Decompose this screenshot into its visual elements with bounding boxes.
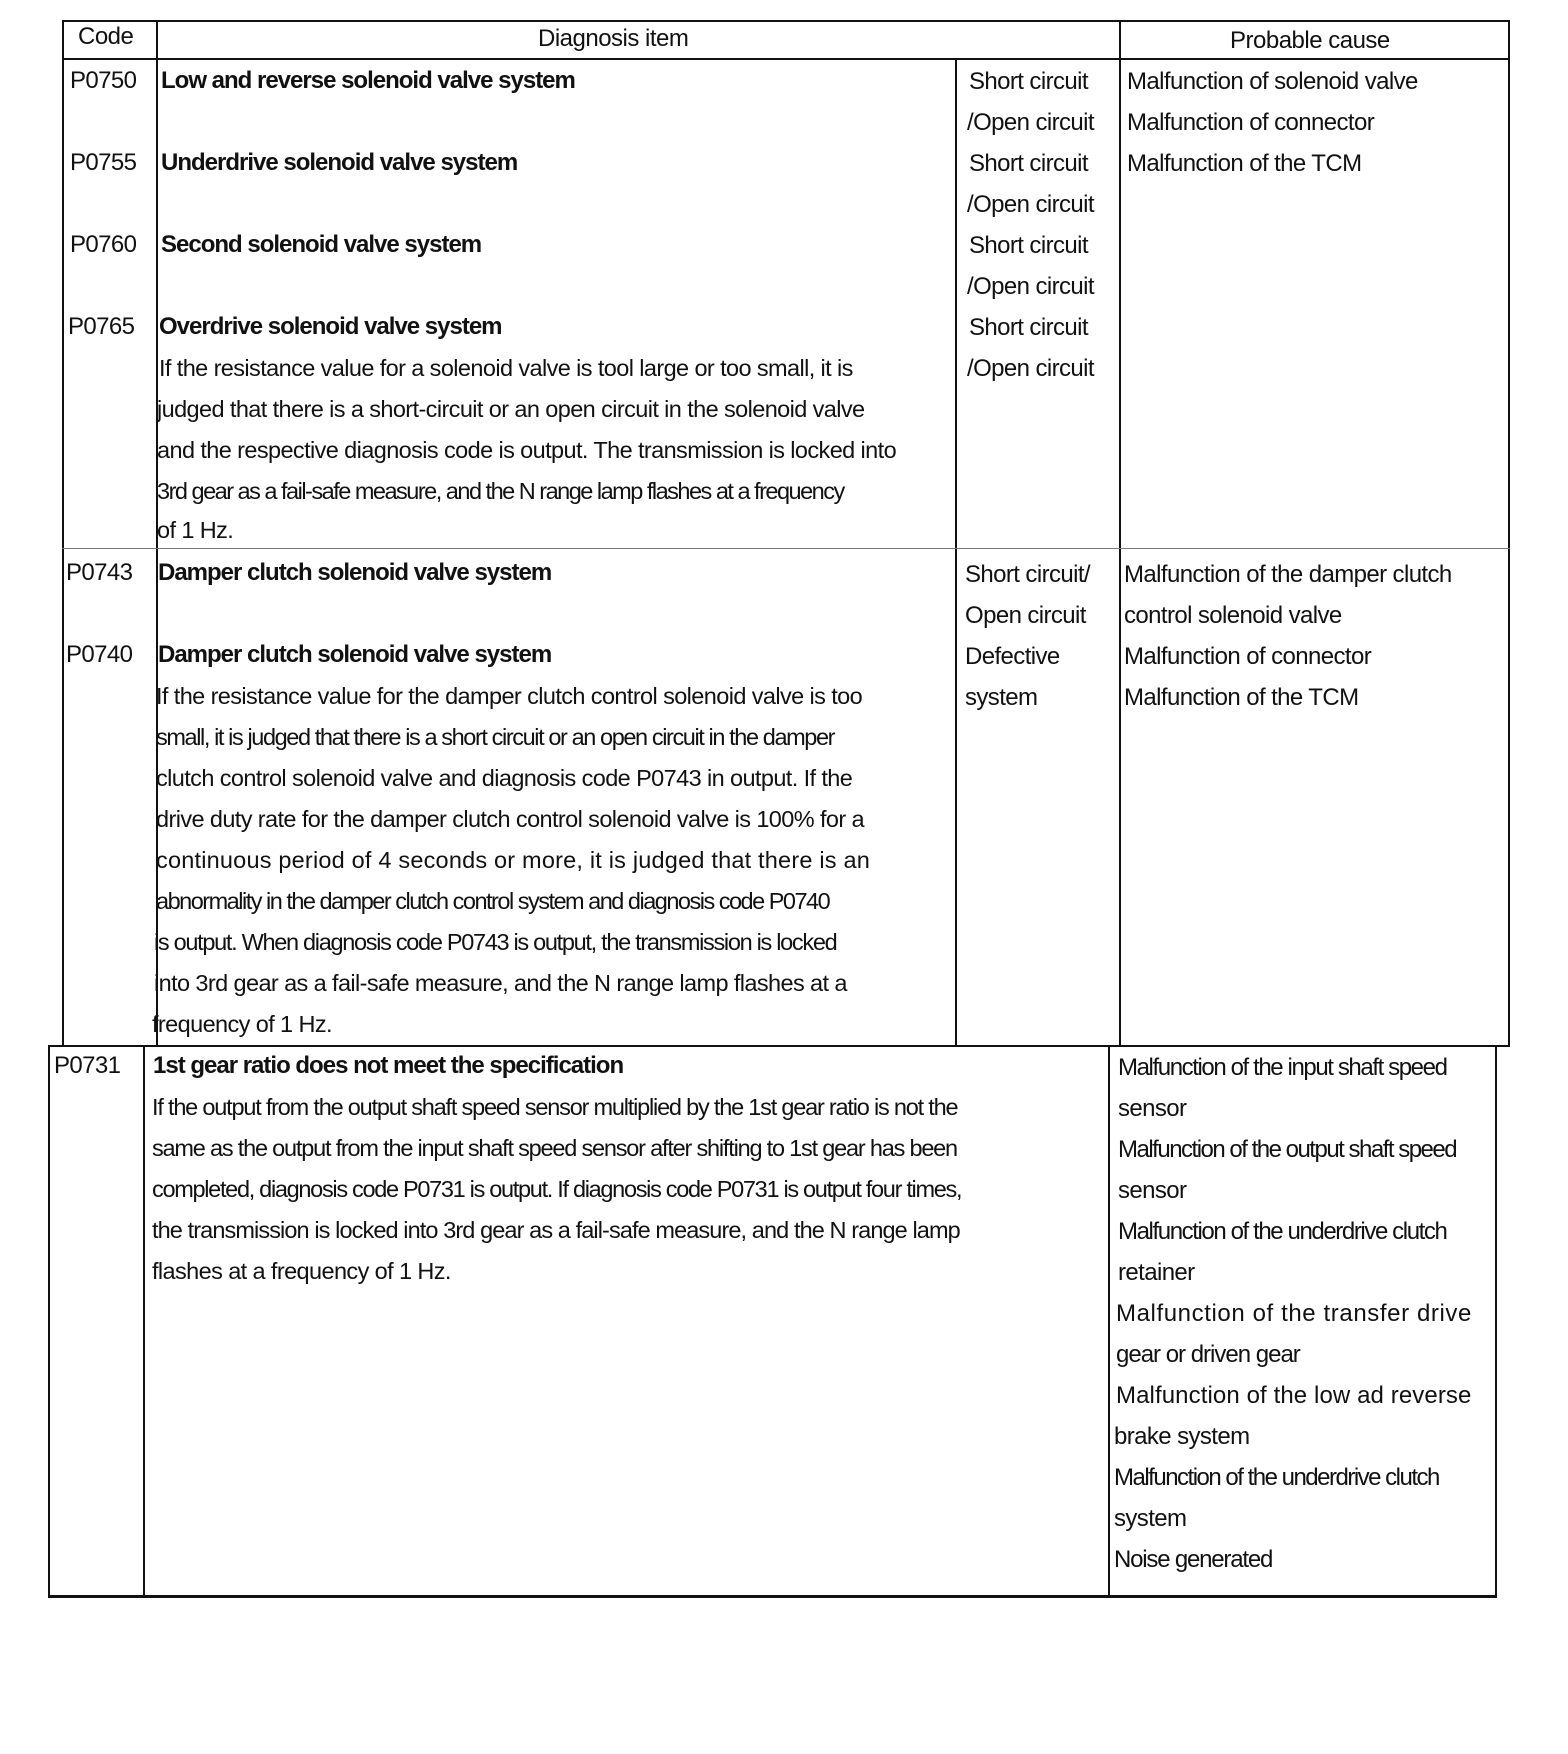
condition-text: /Open circuit (967, 272, 1094, 302)
description-line: judged that there is a short-circuit or … (157, 394, 865, 424)
description-line: and the respective diagnosis code is out… (157, 435, 896, 465)
description-line: 3rd gear as a fail-safe measure, and the… (157, 476, 844, 506)
header-divider (62, 58, 1510, 60)
code-cell: P0750 (70, 66, 136, 96)
condition-text: /Open circuit (967, 354, 1094, 384)
diagnosis-title: Underdrive solenoid valve system (161, 148, 517, 178)
group-3-top-border (48, 1045, 1510, 1047)
condition-text: Open circuit (965, 601, 1086, 631)
condition-column-divider (955, 58, 957, 1046)
table-right-border-lower (1495, 1045, 1497, 1597)
probable-cause-item: sensor (1118, 1176, 1186, 1206)
diagnosis-title: Damper clutch solenoid valve system (158, 640, 551, 670)
header-code: Code (78, 22, 133, 52)
table-right-border (1508, 20, 1510, 1046)
diagnosis-title: Damper clutch solenoid valve system (158, 558, 551, 588)
probable-cause-item: Malfunction of connector (1127, 108, 1374, 138)
description-line: is output. When diagnosis code P0743 is … (154, 927, 836, 957)
description-line: into 3rd gear as a fail-safe measure, an… (154, 968, 847, 998)
code-cell: P0731 (54, 1051, 120, 1081)
probable-cause-item: Malfunction of connector (1124, 642, 1371, 672)
description-line: same as the output from the input shaft … (152, 1133, 957, 1163)
description-line: continuous period of 4 seconds or more, … (156, 845, 870, 875)
description-line: the transmission is locked into 3rd gear… (152, 1215, 960, 1245)
diagnosis-title: Overdrive solenoid valve system (159, 312, 502, 342)
condition-text: Defective (965, 642, 1060, 672)
description-line: If the resistance value for the damper c… (156, 681, 862, 711)
condition-text: /Open circuit (967, 190, 1094, 220)
description-line: completed, diagnosis code P0731 is outpu… (152, 1174, 961, 1204)
probable-cause-item: Malfunction of the damper clutch (1124, 560, 1452, 590)
condition-text: Short circuit/ (965, 560, 1090, 590)
probable-cause-item: Malfunction of the TCM (1124, 683, 1358, 713)
probable-cause-item: control solenoid valve (1124, 601, 1342, 631)
table-top-border (62, 20, 1510, 22)
code-cell: P0765 (68, 312, 134, 342)
description-line: flashes at a frequency of 1 Hz. (152, 1256, 451, 1286)
header-diagnosis-item: Diagnosis item (538, 24, 688, 54)
probable-cause-item: Malfunction of the underdrive clutch (1114, 1463, 1439, 1493)
code-cell: P0760 (70, 230, 136, 260)
diagnosis-title: Second solenoid valve system (161, 230, 481, 260)
probable-cause-item: retainer (1118, 1258, 1195, 1288)
probable-cause-item: brake system (1114, 1422, 1250, 1452)
description-line: If the resistance value for a solenoid v… (159, 353, 853, 383)
condition-text: Short circuit (969, 313, 1088, 343)
description-line: abnormality in the damper clutch control… (156, 886, 829, 916)
probable-cause-item: Malfunction of the TCM (1127, 149, 1361, 179)
condition-text: Short circuit (969, 149, 1088, 179)
table-left-border-lower (48, 1045, 50, 1597)
probable-cause-item: Malfunction of solenoid valve (1127, 67, 1418, 97)
description-line: clutch control solenoid valve and diagno… (156, 763, 852, 793)
cause-column-divider-lower (1108, 1045, 1110, 1597)
condition-text: Short circuit (969, 231, 1088, 261)
condition-text: Short circuit (969, 67, 1088, 97)
description-line: frequency of 1 Hz. (152, 1009, 332, 1039)
probable-cause-item: Malfunction of the underdrive clutch (1118, 1217, 1446, 1247)
probable-cause-item: Malfunction of the output shaft speed (1118, 1135, 1456, 1165)
group-separator (62, 548, 1510, 549)
probable-cause-item: sensor (1118, 1094, 1186, 1124)
condition-text: system (965, 683, 1037, 713)
probable-cause-item: Malfunction of the low ad reverse (1116, 1381, 1471, 1411)
header-probable-cause: Probable cause (1230, 26, 1390, 56)
diagnosis-title: 1st gear ratio does not meet the specifi… (153, 1051, 623, 1081)
probable-cause-item: Noise generated (1114, 1545, 1272, 1575)
description-line: drive duty rate for the damper clutch co… (156, 804, 864, 834)
diagnosis-title: Low and reverse solenoid valve system (161, 66, 575, 96)
code-cell: P0740 (66, 640, 132, 670)
code-cell: P0743 (66, 558, 132, 588)
probable-cause-item: system (1114, 1504, 1186, 1534)
code-cell: P0755 (70, 148, 136, 178)
description-line: If the output from the output shaft spee… (152, 1092, 957, 1122)
probable-cause-item: Malfunction of the transfer drive (1116, 1299, 1472, 1329)
condition-text: /Open circuit (967, 108, 1094, 138)
probable-cause-item: gear or driven gear (1116, 1340, 1300, 1370)
table-left-border (62, 20, 64, 1046)
code-column-divider-lower (143, 1045, 145, 1597)
table-bottom-border (48, 1595, 1497, 1598)
probable-cause-item: Malfunction of the input shaft speed (1118, 1053, 1447, 1083)
cause-column-divider (1119, 20, 1121, 1046)
description-line: of 1 Hz. (157, 515, 233, 545)
description-line: small, it is judged that there is a shor… (156, 722, 834, 752)
